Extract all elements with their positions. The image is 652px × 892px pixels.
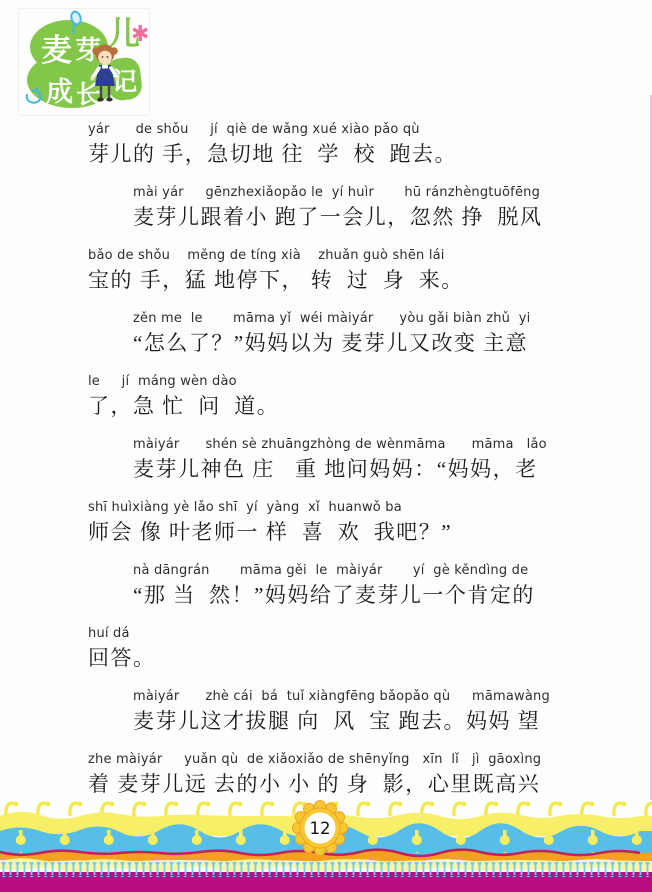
hanzi-line: 麦芽儿跟着小 跑了一会儿，忽然 挣 脱风 xyxy=(133,204,608,231)
logo-asterisk: ✱ xyxy=(131,22,149,47)
pinyin-line: nà dāngrán māma gěi le màiyár yí gè kěnd… xyxy=(133,563,608,579)
pinyin-line: mài yár gēnzhexiǎopǎo le yí huìr hū ránz… xyxy=(133,185,608,201)
pinyin-line: zěn me le māma yǐ wéi màiyár yòu gǎi bià… xyxy=(133,311,608,327)
pinyin-line: huí dá xyxy=(88,626,608,642)
logo-char-ji: 记 xyxy=(112,67,137,96)
text-line-pair: màiyár shén sè zhuāngzhòng de wènmāma mā… xyxy=(88,437,608,500)
logo-graphic: 麦 芽 儿 ✱ 成 长 记 xyxy=(19,9,149,115)
text-line-pair: yár de shǒu jí qiè de wǎng xué xiào pǎo … xyxy=(88,122,608,185)
logo-maiyaer-chengzhangji: 麦 芽 儿 ✱ 成 长 记 xyxy=(18,8,150,116)
text-line-pair: màiyár zhè cái bá tuǐ xiàngfēng bǎopǎo q… xyxy=(88,689,608,752)
hanzi-line: 芽儿的 手，急切地 往 学 校 跑去。 xyxy=(88,141,608,168)
hanzi-line: 回答。 xyxy=(88,645,608,672)
logo-char-mai: 麦 xyxy=(41,33,72,69)
hanzi-line: 了，急 忙 问 道。 xyxy=(88,393,608,420)
hanzi-line: 宝的 手，猛 地停下， 转 过 身 来。 xyxy=(88,267,608,294)
hanzi-line: 麦芽儿这才拔腿 向 风 宝 跑去。妈妈 望 xyxy=(133,708,608,735)
logo-char-cheng: 成 xyxy=(46,77,73,108)
text-line-pair: bǎo de shǒu měng de tíng xià zhuǎn guò s… xyxy=(88,248,608,311)
pinyin-line: zhe màiyár yuǎn qù de xiǎoxiǎo de shēnyǐ… xyxy=(88,752,608,768)
pinyin-line: màiyár zhè cái bá tuǐ xiàngfēng bǎopǎo q… xyxy=(133,689,608,705)
footer-decorative-border: 12 xyxy=(0,800,652,892)
footer-blue-fringe xyxy=(0,862,652,877)
hanzi-line: 麦芽儿神色 庄 重 地问妈妈：“妈妈，老 xyxy=(133,456,608,483)
hanzi-line: 着 麦芽儿远 去的小 小 的 身 影，心里既高兴 xyxy=(88,771,608,798)
text-line-pair: zěn me le māma yǐ wéi màiyár yòu gǎi bià… xyxy=(88,311,608,374)
hanzi-line: “怎么了？”妈妈以为 麦芽儿又改变 主意 xyxy=(133,330,608,357)
pinyin-line: bǎo de shǒu měng de tíng xià zhuǎn guò s… xyxy=(88,248,608,264)
text-line-pair: nà dāngrán māma gěi le màiyár yí gè kěnd… xyxy=(88,563,608,626)
page-number: 12 xyxy=(310,819,331,838)
hanzi-line: “那 当 然！”妈妈给了麦芽儿一个肯定的 xyxy=(133,582,608,609)
story-text: yár de shǒu jí qiè de wǎng xué xiào pǎo … xyxy=(88,122,608,815)
book-page: 麦 芽 儿 ✱ 成 长 记 xyxy=(0,0,652,892)
text-line-pair: huí dá 回答。 xyxy=(88,626,608,689)
pinyin-line: shī huìxiàng yè lǎo shī yí yàng xǐ huanw… xyxy=(88,500,608,516)
text-line-pair: shī huìxiàng yè lǎo shī yí yàng xǐ huanw… xyxy=(88,500,608,563)
pinyin-line: yár de shǒu jí qiè de wǎng xué xiào pǎo … xyxy=(88,122,608,138)
hanzi-line: 师会 像 叶老师一 样 喜 欢 我吧？” xyxy=(88,519,608,546)
pinyin-line: màiyár shén sè zhuāngzhòng de wènmāma mā… xyxy=(133,437,608,453)
pinyin-line: le jí máng wèn dào xyxy=(88,374,608,390)
text-line-pair: mài yár gēnzhexiǎopǎo le yí huìr hū ránz… xyxy=(88,185,608,248)
text-line-pair: le jí máng wèn dào 了，急 忙 问 道。 xyxy=(88,374,608,437)
